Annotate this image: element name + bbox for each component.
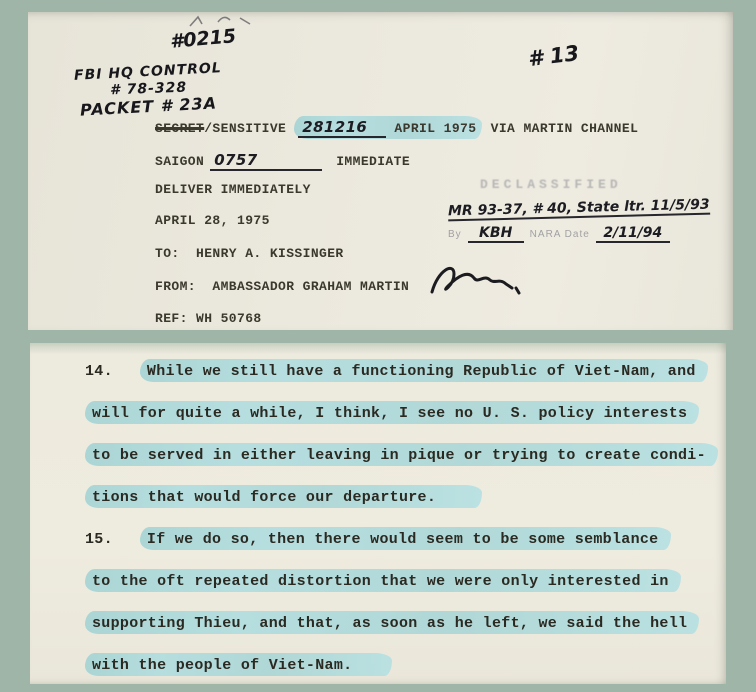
- deliver-line: DELIVER IMMEDIATELY: [155, 182, 311, 197]
- deliver-text: DELIVER IMMEDIATELY: [155, 182, 311, 197]
- paragraph-number: 15.: [85, 531, 113, 548]
- classification-line: SECRET/SENSITIVE 281216 APRIL 1975 VIA M…: [155, 116, 638, 139]
- to-text: TO: HENRY A. KISSINGER: [155, 246, 344, 261]
- body-line: 15. If we do so, then there would seem t…: [85, 527, 706, 569]
- highlighted-text: with the people of Viet-Nam.: [85, 653, 392, 676]
- body-line: will for quite a while, I think, I see n…: [85, 401, 706, 443]
- review-date-handwritten: 2/11/94: [596, 225, 670, 243]
- reviewer-initials-handwritten: KBH: [468, 225, 524, 243]
- highlighted-text: will for quite a while, I think, I see n…: [85, 401, 699, 424]
- declass-review-line: MR 93-37, # 40, State ltr. 11/5/93: [448, 200, 710, 218]
- datetime-group-handwritten: 281216: [298, 118, 386, 138]
- nara-date-label: NARA Date: [530, 229, 590, 240]
- highlighted-text: to be served in either leaving in pique …: [85, 443, 718, 466]
- control-number-annotation: #0215: [169, 25, 237, 53]
- by-label: By: [448, 229, 462, 240]
- from-line: FROM: AMBASSADOR GRAHAM MARTIN: [155, 279, 409, 294]
- ref-text: REF: WH 50768: [155, 311, 262, 326]
- highlighted-text: tions that would force our departure.: [85, 485, 482, 508]
- telegram-body-page: 14. While we still have a functioning Re…: [30, 343, 726, 684]
- declass-by-line: By KBH NARA Date 2/11/94: [448, 225, 670, 243]
- body-line: supporting Thieu, and that, as soon as h…: [85, 611, 706, 653]
- origin-city: SAIGON: [155, 154, 204, 169]
- page-number-annotation: # 13: [527, 41, 581, 71]
- to-line: TO: HENRY A. KISSINGER: [155, 246, 344, 261]
- highlighted-text: supporting Thieu, and that, as soon as h…: [85, 611, 699, 634]
- date-line: APRIL 28, 1975: [155, 213, 270, 228]
- scanned-document-view: #0215 FBI HQ CONTROL # 78-328 PACKET # 2…: [0, 0, 756, 692]
- body-text-block: 14. While we still have a functioning Re…: [85, 359, 706, 692]
- telegram-header-page: #0215 FBI HQ CONTROL # 78-328 PACKET # 2…: [28, 12, 733, 330]
- saigon-line: SAIGON 0757 IMMEDIATE: [155, 151, 410, 171]
- body-line: to the oft repeated distortion that we w…: [85, 569, 706, 611]
- review-citation-handwritten: MR 93-37, # 40, State ltr. 11/5/93: [448, 197, 710, 222]
- paragraph-number: 14.: [85, 363, 113, 380]
- classification-date: APRIL 1975: [386, 121, 476, 136]
- from-text: FROM: AMBASSADOR GRAHAM MARTIN: [155, 279, 409, 294]
- body-line: tions that would force our departure.: [85, 485, 706, 527]
- precedence-label: IMMEDIATE: [336, 154, 410, 169]
- highlighted-text: While we still have a functioning Republ…: [140, 359, 708, 382]
- date-text: APRIL 28, 1975: [155, 213, 270, 228]
- channel-label: VIA MARTIN CHANNEL: [482, 121, 638, 136]
- struck-classification: SECRET: [155, 121, 204, 136]
- highlighted-text: to the oft repeated distortion that we w…: [85, 569, 681, 592]
- body-line: to be served in either leaving in pique …: [85, 443, 706, 485]
- sensitive-caveat: /SENSITIVE: [204, 121, 286, 136]
- highlighted-text: If we do so, then there would seem to be…: [140, 527, 671, 550]
- body-line: with the people of Viet-Nam.: [85, 653, 706, 692]
- body-line: 14. While we still have a functioning Re…: [85, 359, 706, 401]
- ref-line: REF: WH 50768: [155, 311, 262, 326]
- cable-number-handwritten: 0757: [210, 151, 322, 171]
- declassified-stamp: DECLASSIFIED: [480, 177, 622, 192]
- martin-signature: [424, 258, 520, 302]
